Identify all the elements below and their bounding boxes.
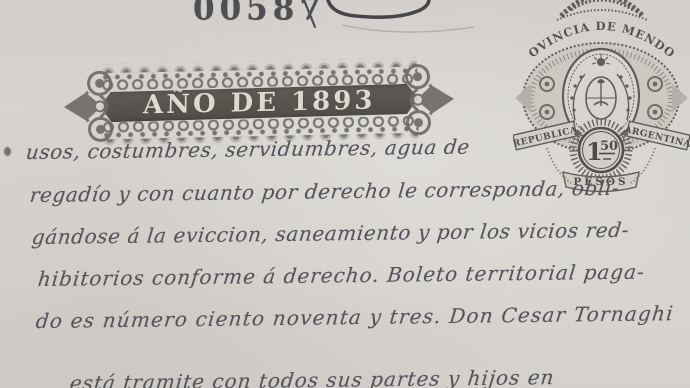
handwritten-line: usos, costumbres, servidumbres, agua de <box>25 135 471 164</box>
revenue-stamp: PROVINCIA DE MENDOZA <box>513 0 690 198</box>
handwritten-line: gándose á la eviccion, saneamiento y por… <box>31 218 631 249</box>
year-banner: AÑO DE 1893 <box>99 58 419 149</box>
year-banner-label: AÑO DE 1893 <box>143 86 376 121</box>
handwritten-line: do es número ciento noventa y tres. Don … <box>35 301 675 333</box>
value-frac-label: 50 <box>600 139 618 154</box>
crown-ornament-icon <box>557 0 647 20</box>
pen-flourish-icon <box>290 0 500 42</box>
ink-blot <box>4 147 11 156</box>
handwritten-line-partial: está tramite con todos sus partes y hijo… <box>69 365 556 388</box>
document-scan: 00587 AÑO DE 1893 <box>0 0 690 388</box>
handwritten-line: hibitorios conforme á derecho. Boleto te… <box>37 260 647 291</box>
scroll-ornament-right-icon <box>393 54 459 145</box>
handwritten-line: regadío y con cuanto por derecho le corr… <box>29 176 621 207</box>
